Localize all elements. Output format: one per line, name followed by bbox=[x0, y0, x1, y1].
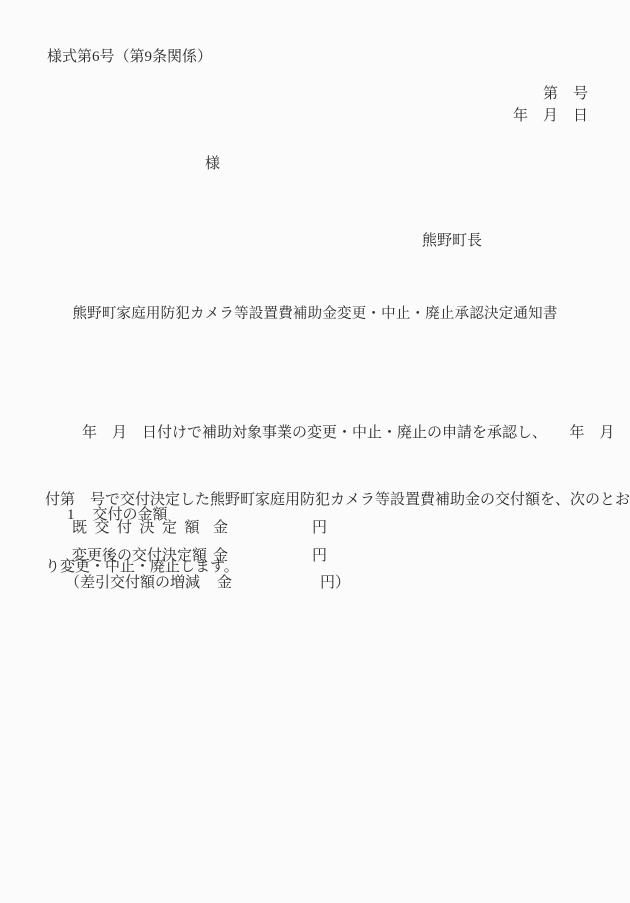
currency-suffix: 円 bbox=[312, 519, 327, 537]
document-title: 熊野町家庭用防犯カメラ等設置費補助金変更・中止・廃止承認決定通知書 bbox=[0, 306, 630, 323]
amount-row-existing-grant: 既 交 付 決 定 額 金 円 bbox=[72, 519, 327, 537]
currency-prefix: 金 bbox=[213, 519, 228, 537]
currency-prefix: 金 bbox=[217, 574, 232, 592]
amount-label: （差引交付額の増減 bbox=[65, 574, 217, 592]
amount-label: 変更後の交付決定額 bbox=[72, 547, 213, 565]
amount-row-revised-grant: 変更後の交付決定額 金 円 bbox=[72, 547, 327, 565]
sender-title: 熊野町長 bbox=[422, 232, 482, 250]
currency-suffix: 円 bbox=[312, 547, 327, 565]
form-number: 様式第6号（第9条関係） bbox=[47, 48, 212, 66]
currency-prefix: 金 bbox=[213, 547, 228, 565]
currency-suffix: 円） bbox=[320, 574, 350, 592]
amount-row-difference: （差引交付額の増減 金 円） bbox=[65, 574, 350, 592]
addressee-honorific: 様 bbox=[205, 155, 220, 173]
document-number-line: 第 号 bbox=[543, 85, 588, 103]
body-line-1: 年 月 日付けで補助対象事業の変更・中止・廃止の申請を承認し、 年 月 日 bbox=[45, 418, 589, 449]
amount-label: 既 交 付 決 定 額 bbox=[72, 519, 213, 537]
document-page: 様式第6号（第9条関係） 第 号 年 月 日 様 熊野町長 熊野町家庭用防犯カメ… bbox=[0, 0, 630, 903]
issue-date-line: 年 月 日 bbox=[513, 107, 588, 125]
